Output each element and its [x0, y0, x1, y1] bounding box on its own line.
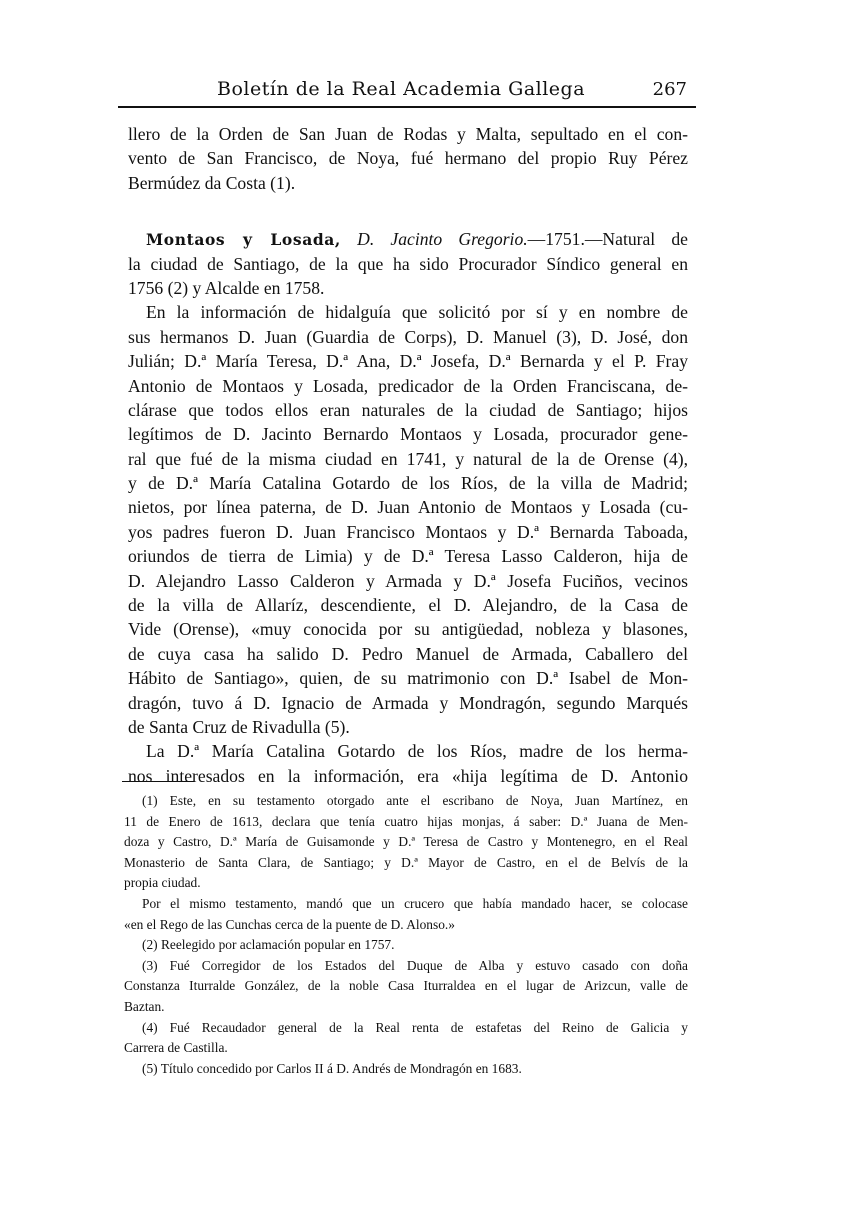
text-line: de cuya casa ha salido D. Pedro Manuel d…	[128, 642, 688, 666]
text-line: ral que fué de la misma ciudad en 1741, …	[128, 447, 688, 471]
page-header: Boletín de la Real Academia Gallega 267	[122, 78, 697, 106]
footnote-line: doza y Castro, D.ª María de Guisamonde y…	[124, 832, 688, 853]
footnote-line: Carrera de Castilla.	[124, 1038, 688, 1059]
body-text: llero de la Orden de San Juan de Rodas y…	[128, 122, 688, 788]
text-line: clárase que todos ellos eran naturales d…	[128, 398, 688, 422]
text-line: D. Alejandro Lasso Calderon y Armada y D…	[128, 569, 688, 593]
footnote-1-continuation: Por el mismo testamento, mandó que un cr…	[124, 894, 688, 935]
text-line: Vide (Orense), «muy conocida por su anti…	[128, 617, 688, 641]
footnote-line: Por el mismo testamento, mandó que un cr…	[124, 894, 688, 915]
text-line: 1756 (2) y Alcalde en 1758.	[128, 276, 688, 300]
footnote-line: (2) Reelegido por aclamación popular en …	[124, 935, 688, 956]
footnote-line: «en el Rego de las Cunchas cerca de la p…	[124, 915, 688, 936]
entry-first-line: Montaos y Losada, D. Jacinto Gregorio.—1…	[128, 227, 688, 251]
footnote-line: propia ciudad.	[124, 873, 688, 894]
paragraph-hidalguia: En la información de hidalguía que solic…	[128, 300, 688, 739]
paragraph-continuation: llero de la Orden de San Juan de Rodas y…	[128, 122, 688, 195]
footnote-line: 11 de Enero de 1613, declara que tenía c…	[124, 812, 688, 833]
text-line: Bermúdez da Costa (1).	[128, 171, 688, 195]
paragraph-catalina: La D.ª María Catalina Gotardo de los Río…	[128, 739, 688, 788]
footnote-1: (1) Este, en su testamento otorgado ante…	[124, 791, 688, 894]
text-line: llero de la Orden de San Juan de Rodas y…	[128, 122, 688, 146]
text-line: de Santa Cruz de Rivadulla (5).	[128, 715, 688, 739]
footnote-4: (4) Fué Recaudador general de la Real re…	[124, 1018, 688, 1059]
footnote-5: (5) Título concedido por Carlos II á D. …	[124, 1059, 688, 1080]
footnotes: (1) Este, en su testamento otorgado ante…	[124, 791, 688, 1079]
footnote-2: (2) Reelegido por aclamación popular en …	[124, 935, 688, 956]
text-line: legítimos de D. Jacinto Bernardo Montaos…	[128, 422, 688, 446]
entry-heading: Montaos y Losada,	[146, 230, 341, 249]
footnote-line: (5) Título concedido por Carlos II á D. …	[124, 1059, 688, 1080]
footnote-line: (1) Este, en su testamento otorgado ante…	[124, 791, 688, 812]
footnote-line: (3) Fué Corregidor de los Estados del Du…	[124, 956, 688, 977]
text-line: Hábito de Santiago», quien, de su matrim…	[128, 666, 688, 690]
text-line: Julián; D.ª María Teresa, D.ª Ana, D.ª J…	[128, 349, 688, 373]
footnote-line: (4) Fué Recaudador general de la Real re…	[124, 1018, 688, 1039]
entry-montaos-losada: Montaos y Losada, D. Jacinto Gregorio.—1…	[128, 227, 688, 300]
footnote-3: (3) Fué Corregidor de los Estados del Du…	[124, 956, 688, 1018]
text-line: En la información de hidalguía que solic…	[128, 300, 688, 324]
text-line: Antonio de Montaos y Losada, predicador …	[128, 374, 688, 398]
header-rule	[118, 106, 696, 108]
footnote-line: Monasterio de Santa Clara, de Santiago; …	[124, 853, 688, 874]
footnote-line: Constanza Iturralde González, de la nobl…	[124, 976, 688, 997]
text-line: yos padres fueron D. Juan Francisco Mont…	[128, 520, 688, 544]
text-line: La D.ª María Catalina Gotardo de los Río…	[128, 739, 688, 763]
text-line: oriundos de tierra de Limia) y de D.ª Te…	[128, 544, 688, 568]
footnote-separator	[122, 781, 194, 782]
page-number: 267	[653, 79, 687, 100]
entry-subheading: D. Jacinto Gregorio.	[357, 229, 528, 249]
text-line: nos interesados en la información, era «…	[128, 764, 688, 788]
running-title: Boletín de la Real Academia Gallega	[217, 78, 585, 100]
footnote-line: Baztan.	[124, 997, 688, 1018]
text-line: y de D.ª María Catalina Gotardo de los R…	[128, 471, 688, 495]
text-line: nietos, por línea paterna, de D. Juan An…	[128, 495, 688, 519]
text-line: dragón, tuvo á D. Ignacio de Armada y Mo…	[128, 691, 688, 715]
text-line: sus hermanos D. Juan (Guardia de Corps),…	[128, 325, 688, 349]
text-line: de la villa de Allaríz, descendiente, el…	[128, 593, 688, 617]
text-line: vento de San Francisco, de Noya, fué her…	[128, 146, 688, 170]
entry-first-line-rest: —1751.—Natural de	[528, 229, 688, 249]
text-line: la ciudad de Santiago, de la que ha sido…	[128, 252, 688, 276]
